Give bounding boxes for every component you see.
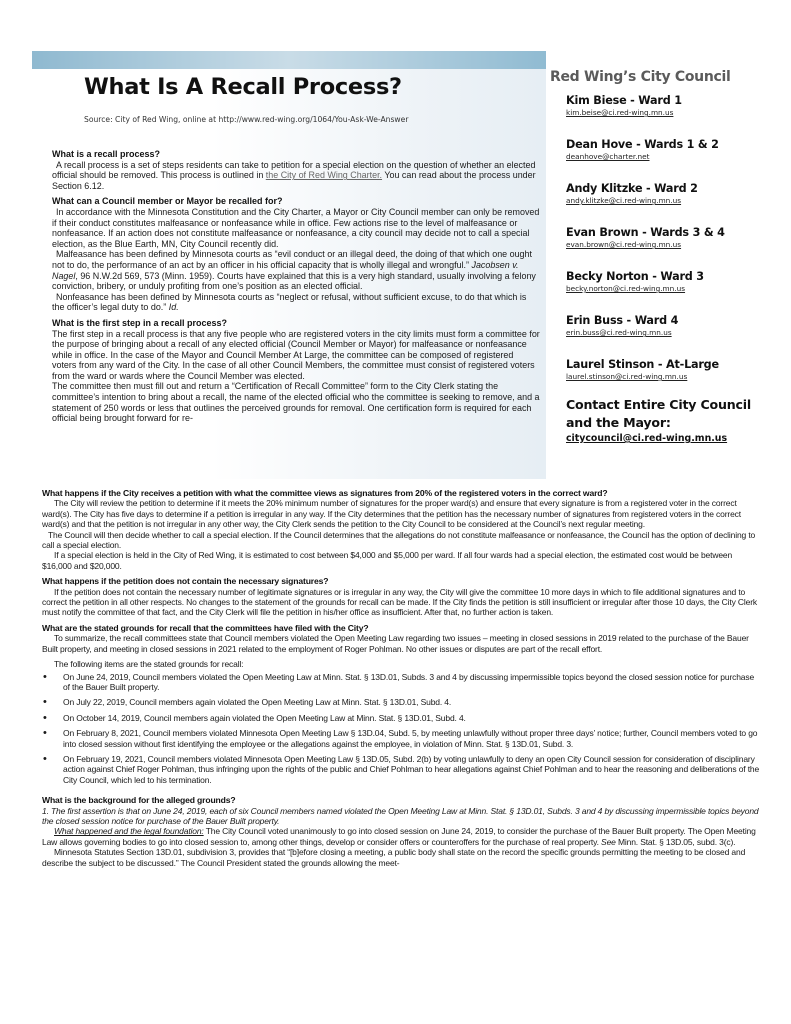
text: , 96 N.W.2d 569, 573 (Minn. 1959). Court… (52, 271, 536, 292)
member-email-link[interactable]: laurel.stinson@ci.red-wing.mn.us (566, 372, 786, 382)
council-member-list: Kim Biese - Ward 1 kim.beise@ci.red-wing… (566, 94, 786, 445)
case-citation: Id. (169, 302, 179, 312)
answer-paragraph: Minnesota Statutes Section 13D.01, subdi… (42, 847, 760, 868)
council-member: Dean Hove - Wards 1 & 2 deanhove@charter… (566, 138, 786, 162)
city-charter-link[interactable]: the City of Red Wing Charter. (266, 170, 382, 180)
answer-paragraph: If a special election is held in the Cit… (42, 550, 760, 571)
header-banner-bar (32, 51, 546, 69)
intro-column: What is a recall process? A recall proce… (52, 149, 540, 424)
member-email-link[interactable]: evan.brown@ci.red-wing.mn.us (566, 240, 786, 250)
answer-paragraph: If the petition does not contain the nec… (42, 587, 760, 618)
answer-paragraph: What happened and the legal foundation: … (42, 826, 760, 847)
council-title: Red Wing’s City Council (550, 69, 731, 85)
council-email-link[interactable]: citycouncil@ci.red-wing.mn.us (566, 432, 786, 445)
list-item: On June 24, 2019, Council members violat… (42, 672, 760, 693)
grounds-list: On June 24, 2019, Council members violat… (42, 672, 760, 786)
answer-paragraph: The Council will then decide whether to … (42, 530, 760, 551)
member-email-link[interactable]: becky.norton@ci.red-wing.mn.us (566, 284, 786, 294)
question-heading: What is the background for the alleged g… (42, 795, 760, 805)
answer-paragraph: Nonfeasance has been defined by Minnesot… (52, 292, 540, 313)
question-heading: What is the first step in a recall proce… (52, 318, 540, 329)
answer-paragraph: The first step in a recall process is th… (52, 329, 540, 382)
answer-paragraph: Malfeasance has been defined by Minnesot… (52, 249, 540, 291)
text: Malfeasance has been defined by Minnesot… (52, 249, 532, 270)
answer-paragraph: A recall process is a set of steps resid… (52, 160, 540, 192)
text: Nonfeasance has been defined by Minnesot… (52, 292, 526, 313)
member-name: Evan Brown - Wards 3 & 4 (566, 226, 786, 240)
text: Minn. Stat. § 13D.05, subd. 3(c). (616, 837, 736, 847)
council-member: Evan Brown - Wards 3 & 4 evan.brown@ci.r… (566, 226, 786, 250)
contact-block: Contact Entire City Council and the Mayo… (566, 396, 786, 445)
member-email-link[interactable]: andy.klitzke@ci.red-wing.mn.us (566, 196, 786, 206)
member-name: Kim Biese - Ward 1 (566, 94, 786, 108)
member-name: Dean Hove - Wards 1 & 2 (566, 138, 786, 152)
council-member: Andy Klitzke - Ward 2 andy.klitzke@ci.re… (566, 182, 786, 206)
contact-heading: Contact Entire City Council (566, 396, 786, 414)
council-member: Kim Biese - Ward 1 kim.beise@ci.red-wing… (566, 94, 786, 118)
contact-heading-line2: and the Mayor: (566, 414, 786, 432)
full-width-content: What happens if the City receives a peti… (42, 488, 760, 868)
answer-paragraph: The following items are the stated groun… (42, 659, 760, 669)
question-heading: What happens if the petition does not co… (42, 576, 760, 586)
question-heading: What is a recall process? (52, 149, 540, 160)
list-item: On February 19, 2021, Council members vi… (42, 754, 760, 785)
source-citation: Source: City of Red Wing, online at http… (84, 115, 408, 124)
member-name: Erin Buss - Ward 4 (566, 314, 786, 328)
subsection-label: What happened and the legal foundation: (54, 826, 204, 836)
question-heading: What are the stated grounds for recall t… (42, 623, 760, 633)
council-member: Laurel Stinson - At-Large laurel.stinson… (566, 358, 786, 382)
page-title: What Is A Recall Process? (84, 74, 402, 100)
answer-paragraph: In accordance with the Minnesota Constit… (52, 207, 540, 249)
council-member: Becky Norton - Ward 3 becky.norton@ci.re… (566, 270, 786, 294)
answer-paragraph: To summarize, the recall committees stat… (42, 633, 760, 654)
member-email-link[interactable]: kim.beise@ci.red-wing.mn.us (566, 108, 786, 118)
answer-paragraph: The committee then must fill out and ret… (52, 381, 540, 423)
member-name: Becky Norton - Ward 3 (566, 270, 786, 284)
question-heading: What happens if the City receives a peti… (42, 488, 760, 498)
list-item: On October 14, 2019, Council members aga… (42, 713, 760, 723)
member-name: Andy Klitzke - Ward 2 (566, 182, 786, 196)
assertion-paragraph: 1. The first assertion is that on June 2… (42, 806, 760, 827)
list-item: On July 22, 2019, Council members again … (42, 697, 760, 707)
member-name: Laurel Stinson - At-Large (566, 358, 786, 372)
answer-paragraph: The City will review the petition to det… (42, 498, 760, 529)
list-item: On February 8, 2021, Council members vio… (42, 728, 760, 749)
member-email-link[interactable]: erin.buss@ci.red-wing.mn.us (566, 328, 786, 338)
member-email-link[interactable]: deanhove@charter.net (566, 152, 786, 162)
text: See (601, 837, 616, 847)
council-member: Erin Buss - Ward 4 erin.buss@ci.red-wing… (566, 314, 786, 338)
question-heading: What can a Council member or Mayor be re… (52, 196, 540, 207)
